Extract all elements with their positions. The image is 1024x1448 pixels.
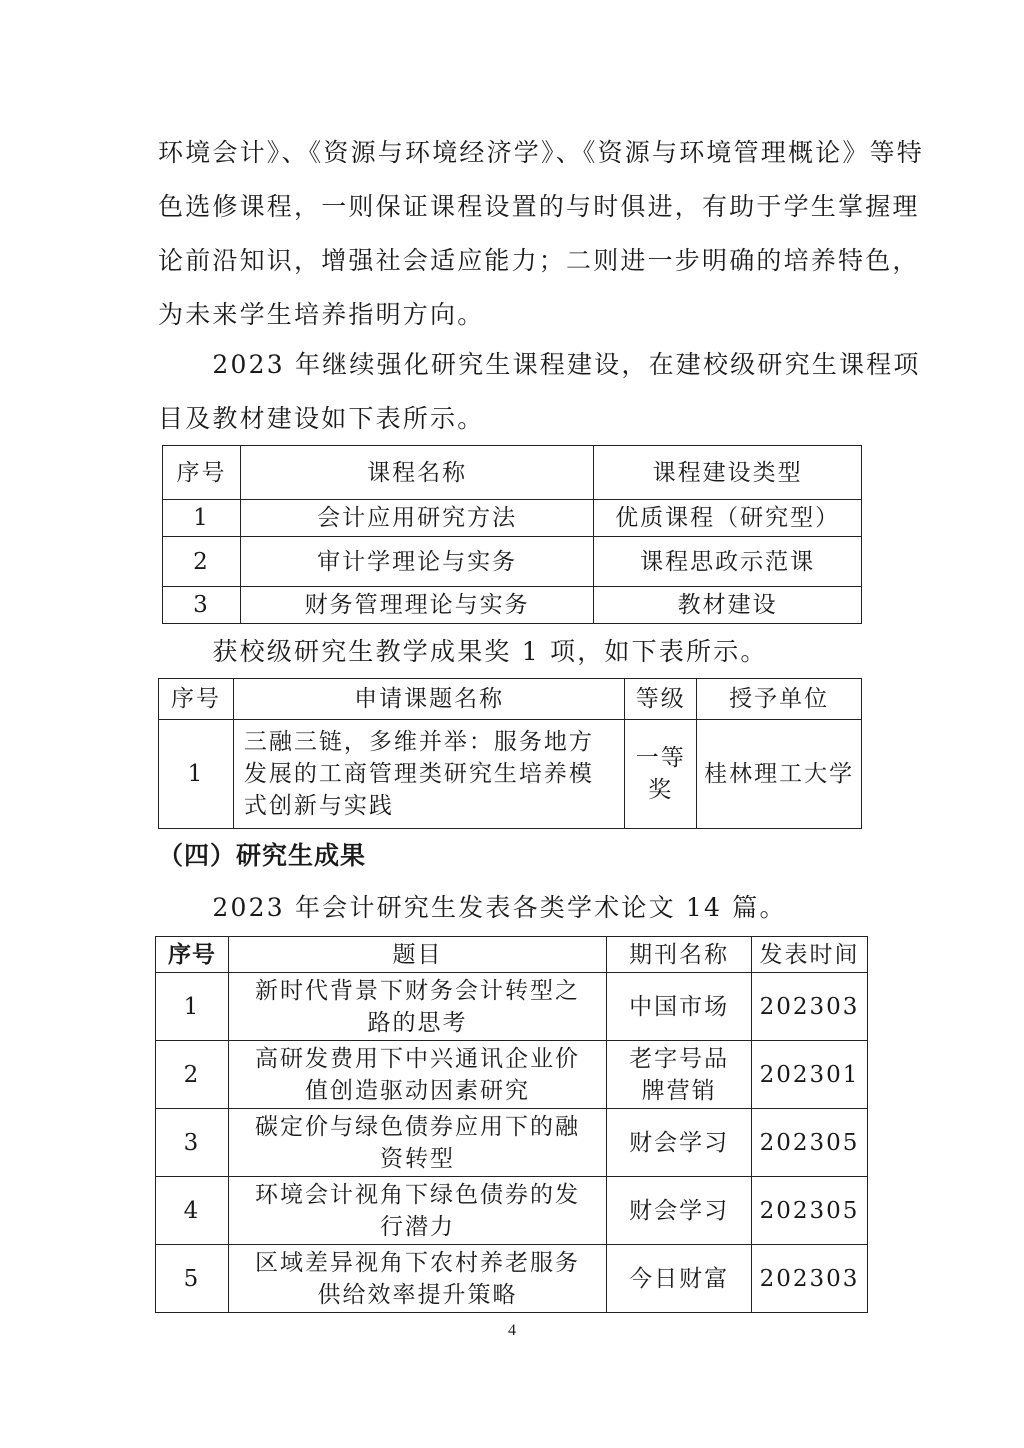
table-row: 1 会计应用研究方法 优质课程（研究型） xyxy=(163,500,862,537)
papers-table: 序号 题目 期刊名称 发表时间 1 新时代背景下财务会计转型之路的思考 中国市场… xyxy=(155,936,868,1313)
date-cell: 202305 xyxy=(751,1177,867,1245)
table-header-row: 序号 申请课题名称 等级 授予单位 xyxy=(159,679,862,720)
journal-cell: 财会学习 xyxy=(607,1109,752,1177)
intro-paragraph: 环境会计》、《资源与环境经济学》、《资源与环境管理概论》等特 色选修课程，一则保… xyxy=(158,126,870,342)
index-cell: 1 xyxy=(163,500,241,537)
header-cell: 期刊名称 xyxy=(607,937,752,973)
header-cell: 申请课题名称 xyxy=(233,679,624,720)
date-cell: 202303 xyxy=(751,973,867,1041)
course-name-cell: 审计学理论与实务 xyxy=(240,537,593,587)
table-row: 1 三融三链，多维并举：服务地方发展的工商管理类研究生培养模式创新与实践 一等奖… xyxy=(159,720,862,829)
text-line: 获校级研究生教学成果奖 1 项，如下表所示。 xyxy=(158,627,870,677)
text-line: 目及教材建设如下表所示。 xyxy=(158,392,870,446)
paper-title-cell: 区域差异视角下农村养老服务供给效率提升策略 xyxy=(228,1245,606,1313)
table-row: 4 环境会计视角下绿色债券的发行潜力 财会学习 202305 xyxy=(156,1177,868,1245)
awarding-unit-cell: 桂林理工大学 xyxy=(697,720,862,829)
course-table: 序号 课程名称 课程建设类型 1 会计应用研究方法 优质课程（研究型） 2 审计… xyxy=(162,445,862,624)
course-type-cell: 课程思政示范课 xyxy=(594,537,862,587)
index-cell: 3 xyxy=(156,1109,229,1177)
date-cell: 202301 xyxy=(751,1041,867,1109)
paper-title-cell: 高研发费用下中兴通讯企业价值创造驱动因素研究 xyxy=(228,1041,606,1109)
text-line: 论前沿知识，增强社会适应能力；二则进一步明确的培养特色， xyxy=(158,234,870,288)
award-level-cell: 一等奖 xyxy=(625,720,697,829)
paper-title-cell: 新时代背景下财务会计转型之路的思考 xyxy=(228,973,606,1041)
paper-title-cell: 环境会计视角下绿色债券的发行潜力 xyxy=(228,1177,606,1245)
index-cell: 2 xyxy=(163,537,241,587)
course-name-cell: 会计应用研究方法 xyxy=(240,500,593,537)
header-cell: 发表时间 xyxy=(751,937,867,973)
papers-paragraph: 2023 年会计研究生发表各类学术论文 14 篇。 xyxy=(158,883,870,933)
table-row: 2 高研发费用下中兴通讯企业价值创造驱动因素研究 老字号品牌营销 202301 xyxy=(156,1041,868,1109)
course-type-cell: 教材建设 xyxy=(594,587,862,624)
table-header-row: 序号 题目 期刊名称 发表时间 xyxy=(156,937,868,973)
journal-cell: 中国市场 xyxy=(607,973,752,1041)
course-type-cell: 优质课程（研究型） xyxy=(594,500,862,537)
header-cell: 题目 xyxy=(228,937,606,973)
text-line: 色选修课程，一则保证课程设置的与时俱进，有助于学生掌握理 xyxy=(158,180,870,234)
table-header-row: 序号 课程名称 课程建设类型 xyxy=(163,446,862,500)
index-cell: 5 xyxy=(156,1245,229,1313)
date-cell: 202305 xyxy=(751,1109,867,1177)
header-cell: 课程名称 xyxy=(240,446,593,500)
section-heading: （四）研究生成果 xyxy=(158,836,366,872)
index-cell: 4 xyxy=(156,1177,229,1245)
paper-title-cell: 碳定价与绿色债券应用下的融资转型 xyxy=(228,1109,606,1177)
text-line: 为未来学生培养指明方向。 xyxy=(158,288,870,342)
table-row: 3 碳定价与绿色债券应用下的融资转型 财会学习 202305 xyxy=(156,1109,868,1177)
index-cell: 2 xyxy=(156,1041,229,1109)
text-line: 2023 年会计研究生发表各类学术论文 14 篇。 xyxy=(158,883,870,933)
header-cell: 授予单位 xyxy=(697,679,862,720)
table-row: 1 新时代背景下财务会计转型之路的思考 中国市场 202303 xyxy=(156,973,868,1041)
journal-cell: 老字号品牌营销 xyxy=(607,1041,752,1109)
header-cell: 等级 xyxy=(625,679,697,720)
journal-cell: 财会学习 xyxy=(607,1177,752,1245)
journal-cell: 今日财富 xyxy=(607,1245,752,1313)
header-cell: 序号 xyxy=(159,679,234,720)
header-cell: 序号 xyxy=(163,446,241,500)
award-paragraph: 获校级研究生教学成果奖 1 项，如下表所示。 xyxy=(158,627,870,677)
table-row: 5 区域差异视角下农村养老服务供给效率提升策略 今日财富 202303 xyxy=(156,1245,868,1313)
text-line: 2023 年继续强化研究生课程建设，在建校级研究生课程项 xyxy=(158,338,870,392)
index-cell: 1 xyxy=(156,973,229,1041)
project-title-cell: 三融三链，多维并举：服务地方发展的工商管理类研究生培养模式创新与实践 xyxy=(233,720,624,829)
index-cell: 3 xyxy=(163,587,241,624)
page-number: 4 xyxy=(0,1322,1024,1340)
header-cell: 课程建设类型 xyxy=(594,446,862,500)
text-line: 环境会计》、《资源与环境经济学》、《资源与环境管理概论》等特 xyxy=(158,126,870,180)
course-paragraph: 2023 年继续强化研究生课程建设，在建校级研究生课程项 目及教材建设如下表所示… xyxy=(158,338,870,446)
table-row: 3 财务管理理论与实务 教材建设 xyxy=(163,587,862,624)
date-cell: 202303 xyxy=(751,1245,867,1313)
header-cell: 序号 xyxy=(156,937,229,973)
index-cell: 1 xyxy=(159,720,234,829)
course-name-cell: 财务管理理论与实务 xyxy=(240,587,593,624)
table-row: 2 审计学理论与实务 课程思政示范课 xyxy=(163,537,862,587)
award-table: 序号 申请课题名称 等级 授予单位 1 三融三链，多维并举：服务地方发展的工商管… xyxy=(158,678,862,829)
